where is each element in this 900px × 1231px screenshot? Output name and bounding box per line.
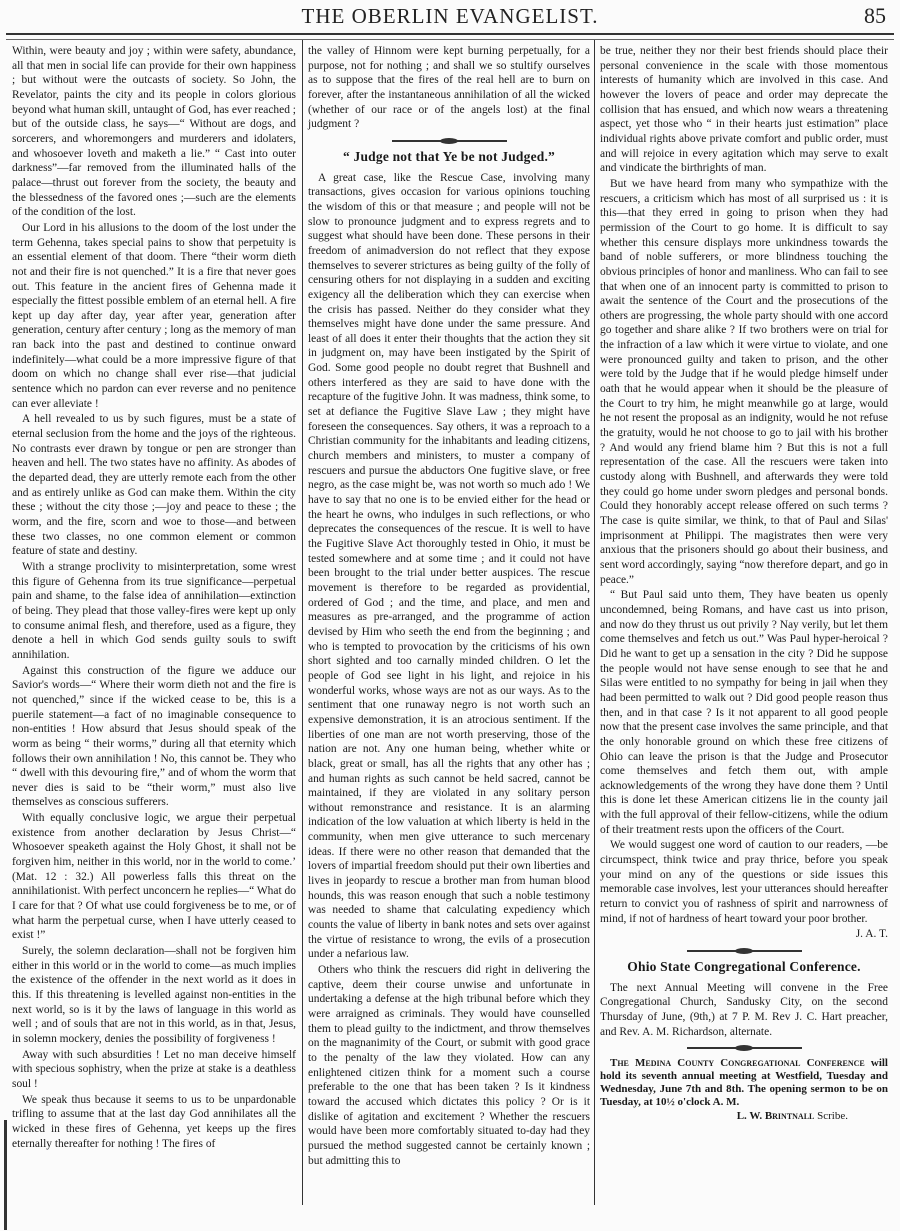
page-number: 85 (864, 3, 886, 29)
section-divider (687, 1047, 802, 1049)
paragraph: We would suggest one word of caution to … (600, 838, 888, 926)
notice-lead: The Medina County Congregational Confere… (610, 1057, 865, 1069)
column-divider (594, 40, 595, 1205)
continued-paragraph: the valley of Hinnom were kept burning p… (308, 44, 590, 132)
author-signature: J. A. T. (600, 927, 888, 942)
paragraph: But we have heard from many who sympathi… (600, 177, 888, 587)
paragraph: “ But Paul said unto them, They have bea… (600, 588, 888, 837)
paragraph: With a strange proclivity to misinterpre… (12, 560, 296, 663)
paragraph: Within, were beauty and joy ; within wer… (12, 44, 296, 220)
scribe-title: Scribe. (814, 1110, 848, 1122)
notice-signature: L. W. Brintnall Scribe. (600, 1110, 888, 1123)
header-rule (6, 33, 894, 40)
paragraph: With equally conclusive logic, we argue … (12, 811, 296, 943)
paragraph: We speak thus because it seems to us to … (12, 1093, 296, 1152)
article-heading: “ Judge not that Ye be not Judged.” (308, 150, 590, 165)
section-divider (687, 950, 802, 952)
paragraph: Against this construction of the figure … (12, 664, 296, 811)
scribe-name: L. W. Brintnall (737, 1110, 815, 1122)
page-edge-mark (4, 1120, 7, 1230)
column-2: the valley of Hinnom were kept burning p… (308, 44, 590, 1169)
paragraph: Away with such absurdities ! Let no man … (12, 1048, 296, 1092)
notice-heading: Ohio State Congregational Conference. (600, 960, 888, 975)
column-1: Within, were beauty and joy ; within wer… (12, 44, 296, 1152)
column-divider (302, 40, 303, 1205)
notice-paragraph: The Medina County Congregational Confere… (600, 1057, 888, 1109)
paragraph: A hell revealed to us by such figures, m… (12, 412, 296, 559)
paragraph: A great case, like the Rescue Case, invo… (308, 171, 590, 962)
paragraph: Our Lord in his allusions to the doom of… (12, 221, 296, 412)
masthead: THE OBERLIN EVANGELIST. 85 (0, 0, 900, 30)
column-3: be true, neither they nor their best fri… (600, 44, 888, 1124)
continued-paragraph: be true, neither they nor their best fri… (600, 44, 888, 176)
paragraph: Surely, the solemn declaration—shall not… (12, 944, 296, 1047)
section-divider (392, 140, 507, 142)
paragraph: Others who think the rescuers did right … (308, 963, 590, 1168)
newspaper-title: THE OBERLIN EVANGELIST. (0, 4, 900, 29)
notice-body: The next Annual Meeting will convene in … (600, 981, 888, 1040)
